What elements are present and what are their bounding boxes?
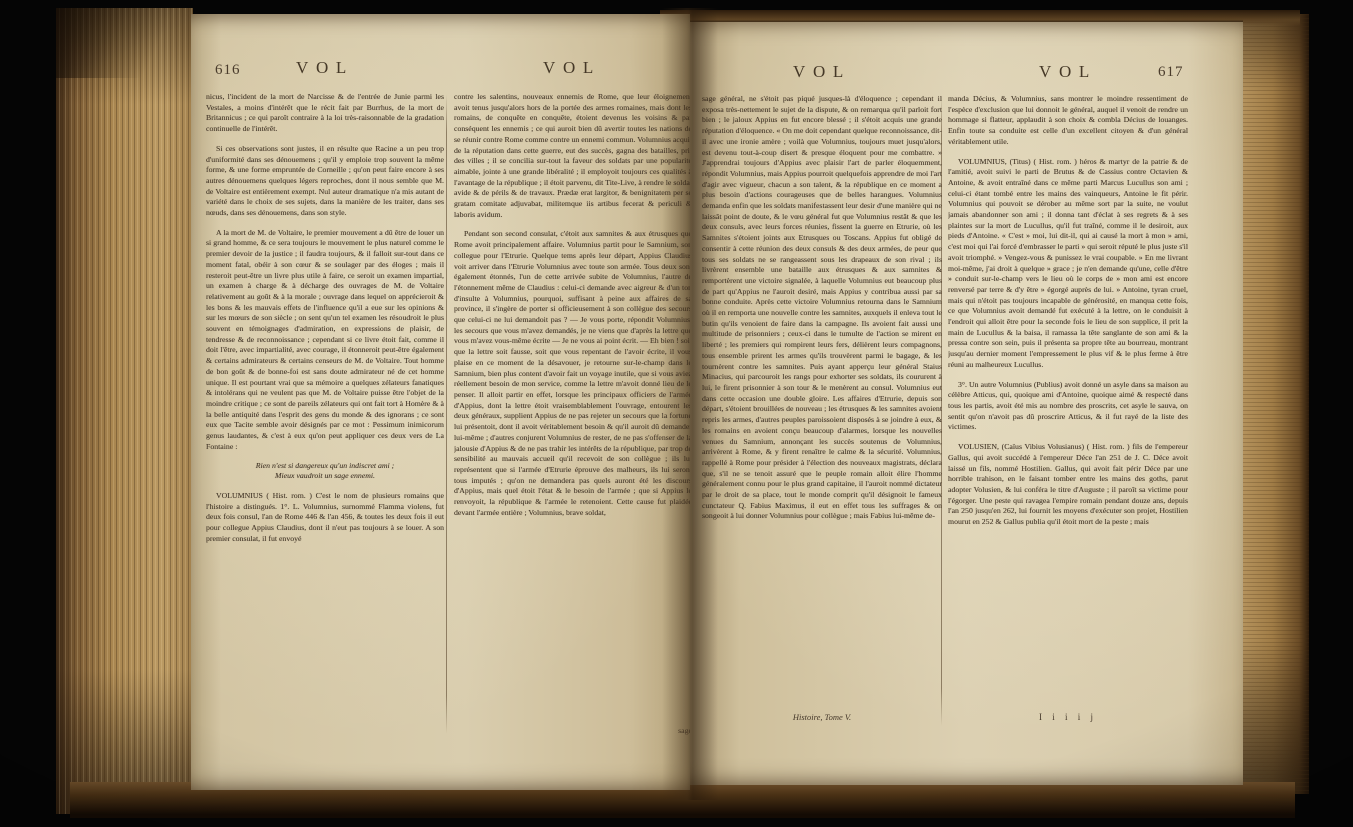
gathering-signature: I i i i j [948, 712, 1188, 722]
book-board-corner [56, 8, 193, 78]
page-edges-right [1243, 14, 1309, 794]
text-column: sage général, ne s'étoit pas piqué jusqu… [702, 94, 942, 708]
text-column: manda Décius, & Volumnius, sans montrer … [948, 94, 1188, 710]
running-head: VOL [702, 62, 942, 82]
running-head: VOL [206, 58, 444, 78]
column-divider [446, 94, 447, 734]
footer-signature: Histoire, Tome V. [702, 712, 942, 722]
text-column: contre les salentins, nouveaux ennemis d… [454, 92, 692, 722]
page-edge-striations [56, 8, 193, 814]
running-head: VOL [453, 58, 691, 78]
page-number-right: 617 [1158, 64, 1184, 81]
column-divider [941, 96, 942, 726]
page-edge-striations [1243, 14, 1309, 794]
left-page: 616 VOL VOL nicus, l'incident de la mort… [191, 14, 690, 790]
page-edges-left [56, 8, 193, 814]
text-column: nicus, l'incident de la mort de Narcisse… [206, 92, 444, 736]
running-head: VOL [948, 62, 1188, 82]
right-page: VOL VOL 617 sage général, ne s'étoit pas… [690, 22, 1243, 785]
catchword: sage [454, 726, 692, 735]
book-photo: 616 VOL VOL nicus, l'incident de la mort… [0, 0, 1353, 827]
